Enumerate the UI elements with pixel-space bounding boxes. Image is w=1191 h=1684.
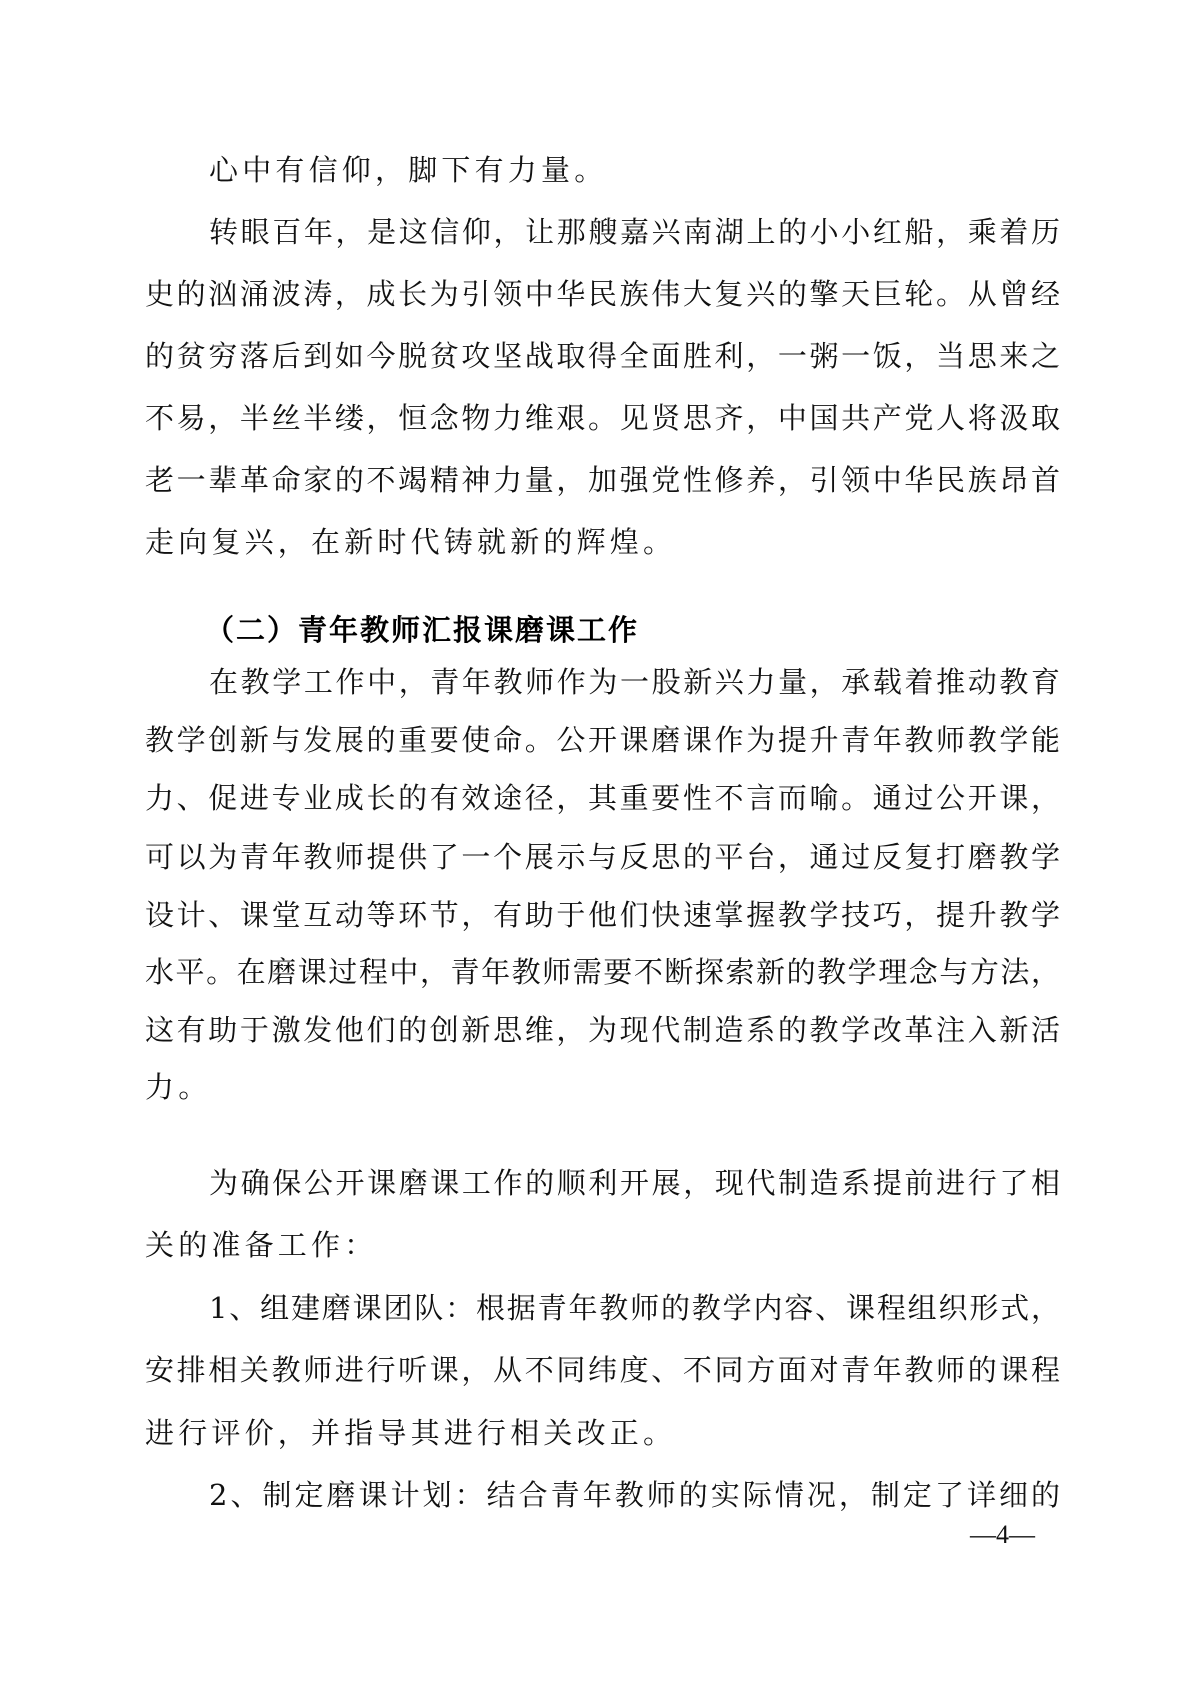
paragraph-line: 的贫穷落后到如今脱贫攻坚战取得全面胜利，一粥一饭，当思来之 bbox=[145, 336, 1060, 376]
paragraph-line: 关的准备工作： bbox=[145, 1225, 1060, 1265]
paragraph-line: 老一辈革命家的不竭精神力量，加强党性修养，引领中华民族昂首 bbox=[145, 460, 1060, 500]
list-item-line: 1、组建磨课团队：根据青年教师的教学内容、课程组织形式， bbox=[209, 1288, 1060, 1328]
section-heading: （二）青年教师汇报课磨课工作 bbox=[205, 610, 639, 650]
page-number: —4— bbox=[960, 1518, 1045, 1552]
paragraph-line: 设计、课堂互动等环节，有助于他们快速掌握教学技巧，提升教学 bbox=[145, 895, 1060, 935]
paragraph-line: 不易，半丝半缕，恒念物力维艰。见贤思齐，中国共产党人将汲取 bbox=[145, 398, 1060, 438]
paragraph-line: 水平。在磨课过程中，青年教师需要不断探索新的教学理念与方法， bbox=[145, 952, 1060, 992]
paragraph-line: 转眼百年，是这信仰，让那艘嘉兴南湖上的小小红船，乘着历 bbox=[209, 212, 1060, 252]
paragraph-line: 为确保公开课磨课工作的顺利开展，现代制造系提前进行了相 bbox=[209, 1163, 1060, 1203]
paragraph-line: 这有助于激发他们的创新思维，为现代制造系的教学改革注入新活 bbox=[145, 1010, 1060, 1050]
paragraph-line: 走向复兴，在新时代铸就新的辉煌。 bbox=[145, 522, 1060, 562]
paragraph-line: 教学创新与发展的重要使命。公开课磨课作为提升青年教师教学能 bbox=[145, 720, 1060, 760]
list-item-line: 2、制定磨课计划：结合青年教师的实际情况，制定了详细的 bbox=[209, 1475, 1060, 1515]
list-item-line: 安排相关教师进行听课，从不同纬度、不同方面对青年教师的课程 bbox=[145, 1350, 1060, 1390]
paragraph-line: 史的汹涌波涛，成长为引领中华民族伟大复兴的擎天巨轮。从曾经 bbox=[145, 274, 1060, 314]
paragraph-line: 力、促进专业成长的有效途径，其重要性不言而喻。通过公开课， bbox=[145, 778, 1060, 818]
list-item-line: 进行评价，并指导其进行相关改正。 bbox=[145, 1413, 1060, 1453]
document-page: 心中有信仰，脚下有力量。 转眼百年，是这信仰，让那艘嘉兴南湖上的小小红船，乘着历… bbox=[0, 0, 1191, 1684]
paragraph-line: 可以为青年教师提供了一个展示与反思的平台，通过反复打磨教学 bbox=[145, 837, 1060, 877]
paragraph-line: 在教学工作中，青年教师作为一股新兴力量，承载着推动教育 bbox=[209, 662, 1060, 702]
paragraph-line: 力。 bbox=[145, 1067, 1060, 1107]
paragraph-line: 心中有信仰，脚下有力量。 bbox=[209, 150, 1060, 190]
